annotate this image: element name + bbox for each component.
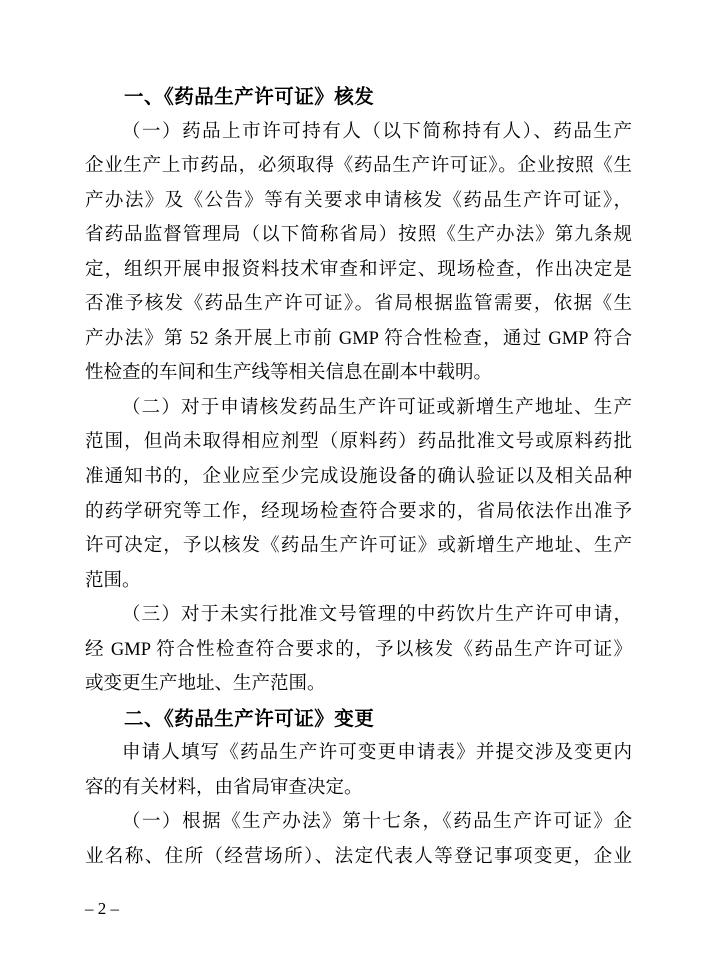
page-footer: – 2 – bbox=[85, 896, 632, 922]
text-line: 省药品监督管理局（以下简称省局）按照《生产办法》第九条规 bbox=[85, 218, 632, 253]
text-line: 申请人填写《药品生产许可变更申请表》并提交涉及变更内 bbox=[85, 736, 632, 771]
text-line: （一）根据《生产办法》第十七条，《药品生产许可证》企 bbox=[85, 805, 632, 840]
text-line: 产办法》及《公告》等有关要求申请核发《药品生产许可证》， bbox=[85, 184, 632, 219]
text-line: 业名称、住所（经营场所）、法定代表人等登记事项变更，企业 bbox=[85, 840, 632, 875]
text-line: 性检查的车间和生产线等相关信息在副本中载明。 bbox=[85, 356, 632, 391]
text-line: 否准予核发《药品生产许可证》。省局根据监管需要，依据《生 bbox=[85, 287, 632, 322]
paragraph: 申请人填写《药品生产许可变更申请表》并提交涉及变更内容的有关材料，由省局审查决定… bbox=[85, 736, 632, 805]
text-line: （三）对于未实行批准文号管理的中药饮片生产许可申请， bbox=[85, 598, 632, 633]
text-line: 产办法》第 52 条开展上市前 GMP 符合性检查，通过 GMP 符合 bbox=[85, 322, 632, 357]
page-number: – 2 – bbox=[85, 899, 119, 918]
text-line: 的药学研究等工作，经现场检查符合要求的，省局依法作出准予 bbox=[85, 495, 632, 530]
paragraph: （一）根据《生产办法》第十七条，《药品生产许可证》企业名称、住所（经营场所）、法… bbox=[85, 805, 632, 874]
paragraph: （一）药品上市许可持有人（以下简称持有人）、药品生产企业生产上市药品，必须取得《… bbox=[85, 115, 632, 391]
paragraph: （三）对于未实行批准文号管理的中药饮片生产许可申请，经 GMP 符合性检查符合要… bbox=[85, 598, 632, 702]
text-line: （二）对于申请核发药品生产许可证或新增生产地址、生产 bbox=[85, 391, 632, 426]
text-line: 或变更生产地址、生产范围。 bbox=[85, 667, 632, 702]
text-line: （一）药品上市许可持有人（以下简称持有人）、药品生产 bbox=[85, 115, 632, 150]
text-line: 许可决定，予以核发《药品生产许可证》或新增生产地址、生产 bbox=[85, 529, 632, 564]
document-page: 一、《药品生产许可证》核发（一）药品上市许可持有人（以下简称持有人）、药品生产企… bbox=[0, 0, 709, 955]
text-line: 经 GMP 符合性检查符合要求的，予以核发《药品生产许可证》 bbox=[85, 633, 632, 668]
text-line: 定，组织开展申报资料技术审查和评定、现场检查，作出决定是 bbox=[85, 253, 632, 288]
text-line: 范围。 bbox=[85, 564, 632, 599]
text-line: 容的有关材料，由省局审查决定。 bbox=[85, 771, 632, 806]
section-heading: 二、《药品生产许可证》变更 bbox=[85, 702, 632, 737]
paragraph: （二）对于申请核发药品生产许可证或新增生产地址、生产范围，但尚未取得相应剂型（原… bbox=[85, 391, 632, 598]
text-line: 范围，但尚未取得相应剂型（原料药）药品批准文号或原料药批 bbox=[85, 425, 632, 460]
text-line: 准通知书的，企业应至少完成设施设备的确认验证以及相关品种 bbox=[85, 460, 632, 495]
document-body: 一、《药品生产许可证》核发（一）药品上市许可持有人（以下简称持有人）、药品生产企… bbox=[85, 80, 632, 875]
text-line: 企业生产上市药品，必须取得《药品生产许可证》。企业按照《生 bbox=[85, 149, 632, 184]
section-heading: 一、《药品生产许可证》核发 bbox=[85, 80, 632, 115]
